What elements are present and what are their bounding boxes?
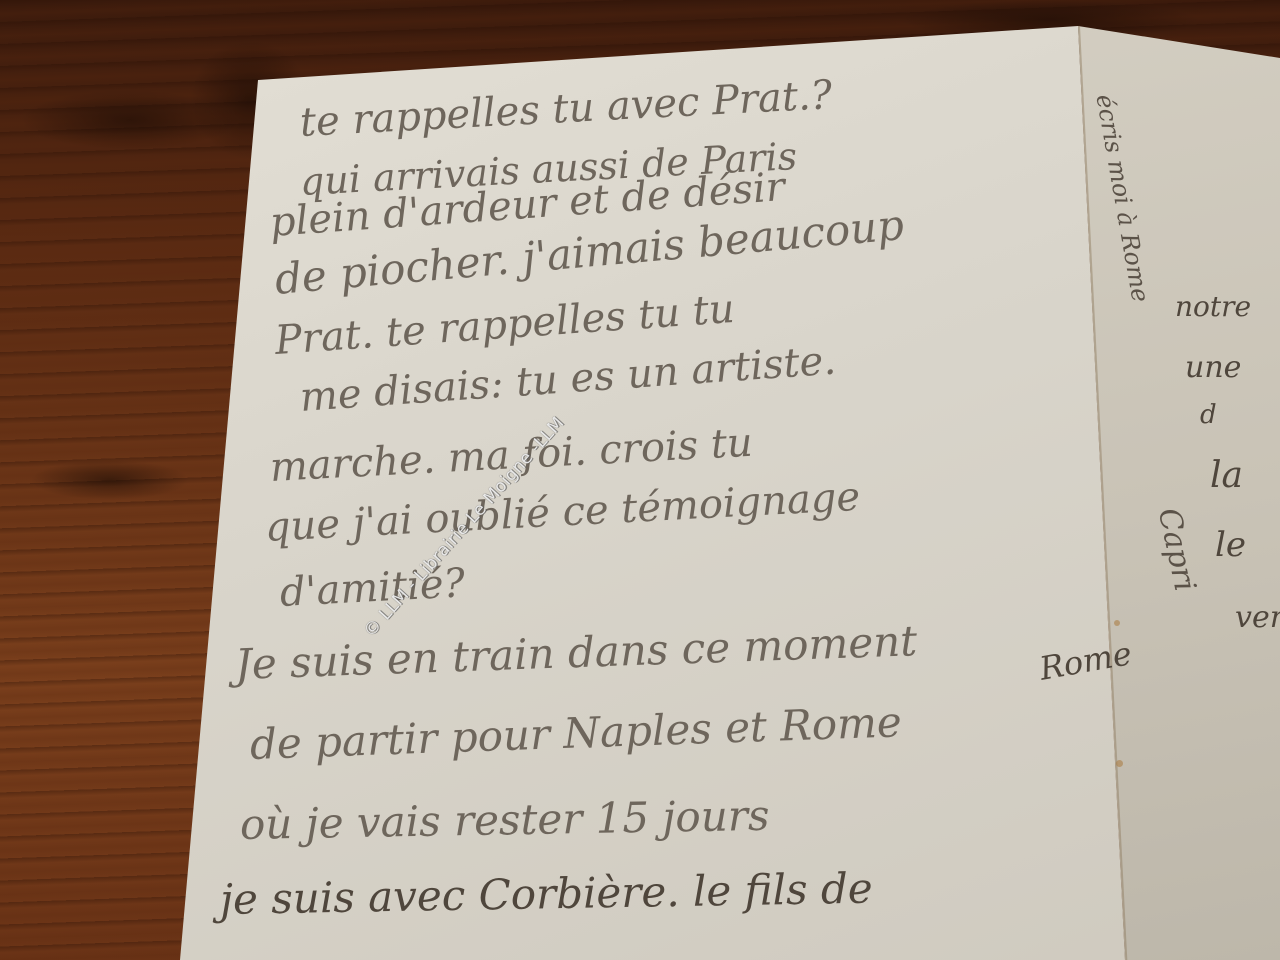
handwritten-line: où je vais rester 15 jours xyxy=(240,791,770,849)
handwritten-word: ver xyxy=(1235,600,1280,635)
wood-grain-knot xyxy=(30,460,190,500)
handwritten-word: d xyxy=(1200,400,1217,430)
handwritten-word: le xyxy=(1215,525,1246,565)
handwritten-word: une xyxy=(1185,350,1241,385)
paper-stain xyxy=(1114,620,1120,626)
handwritten-word: la xyxy=(1210,455,1243,496)
handwritten-word: notre xyxy=(1175,290,1251,323)
paper-stain xyxy=(1116,760,1123,767)
